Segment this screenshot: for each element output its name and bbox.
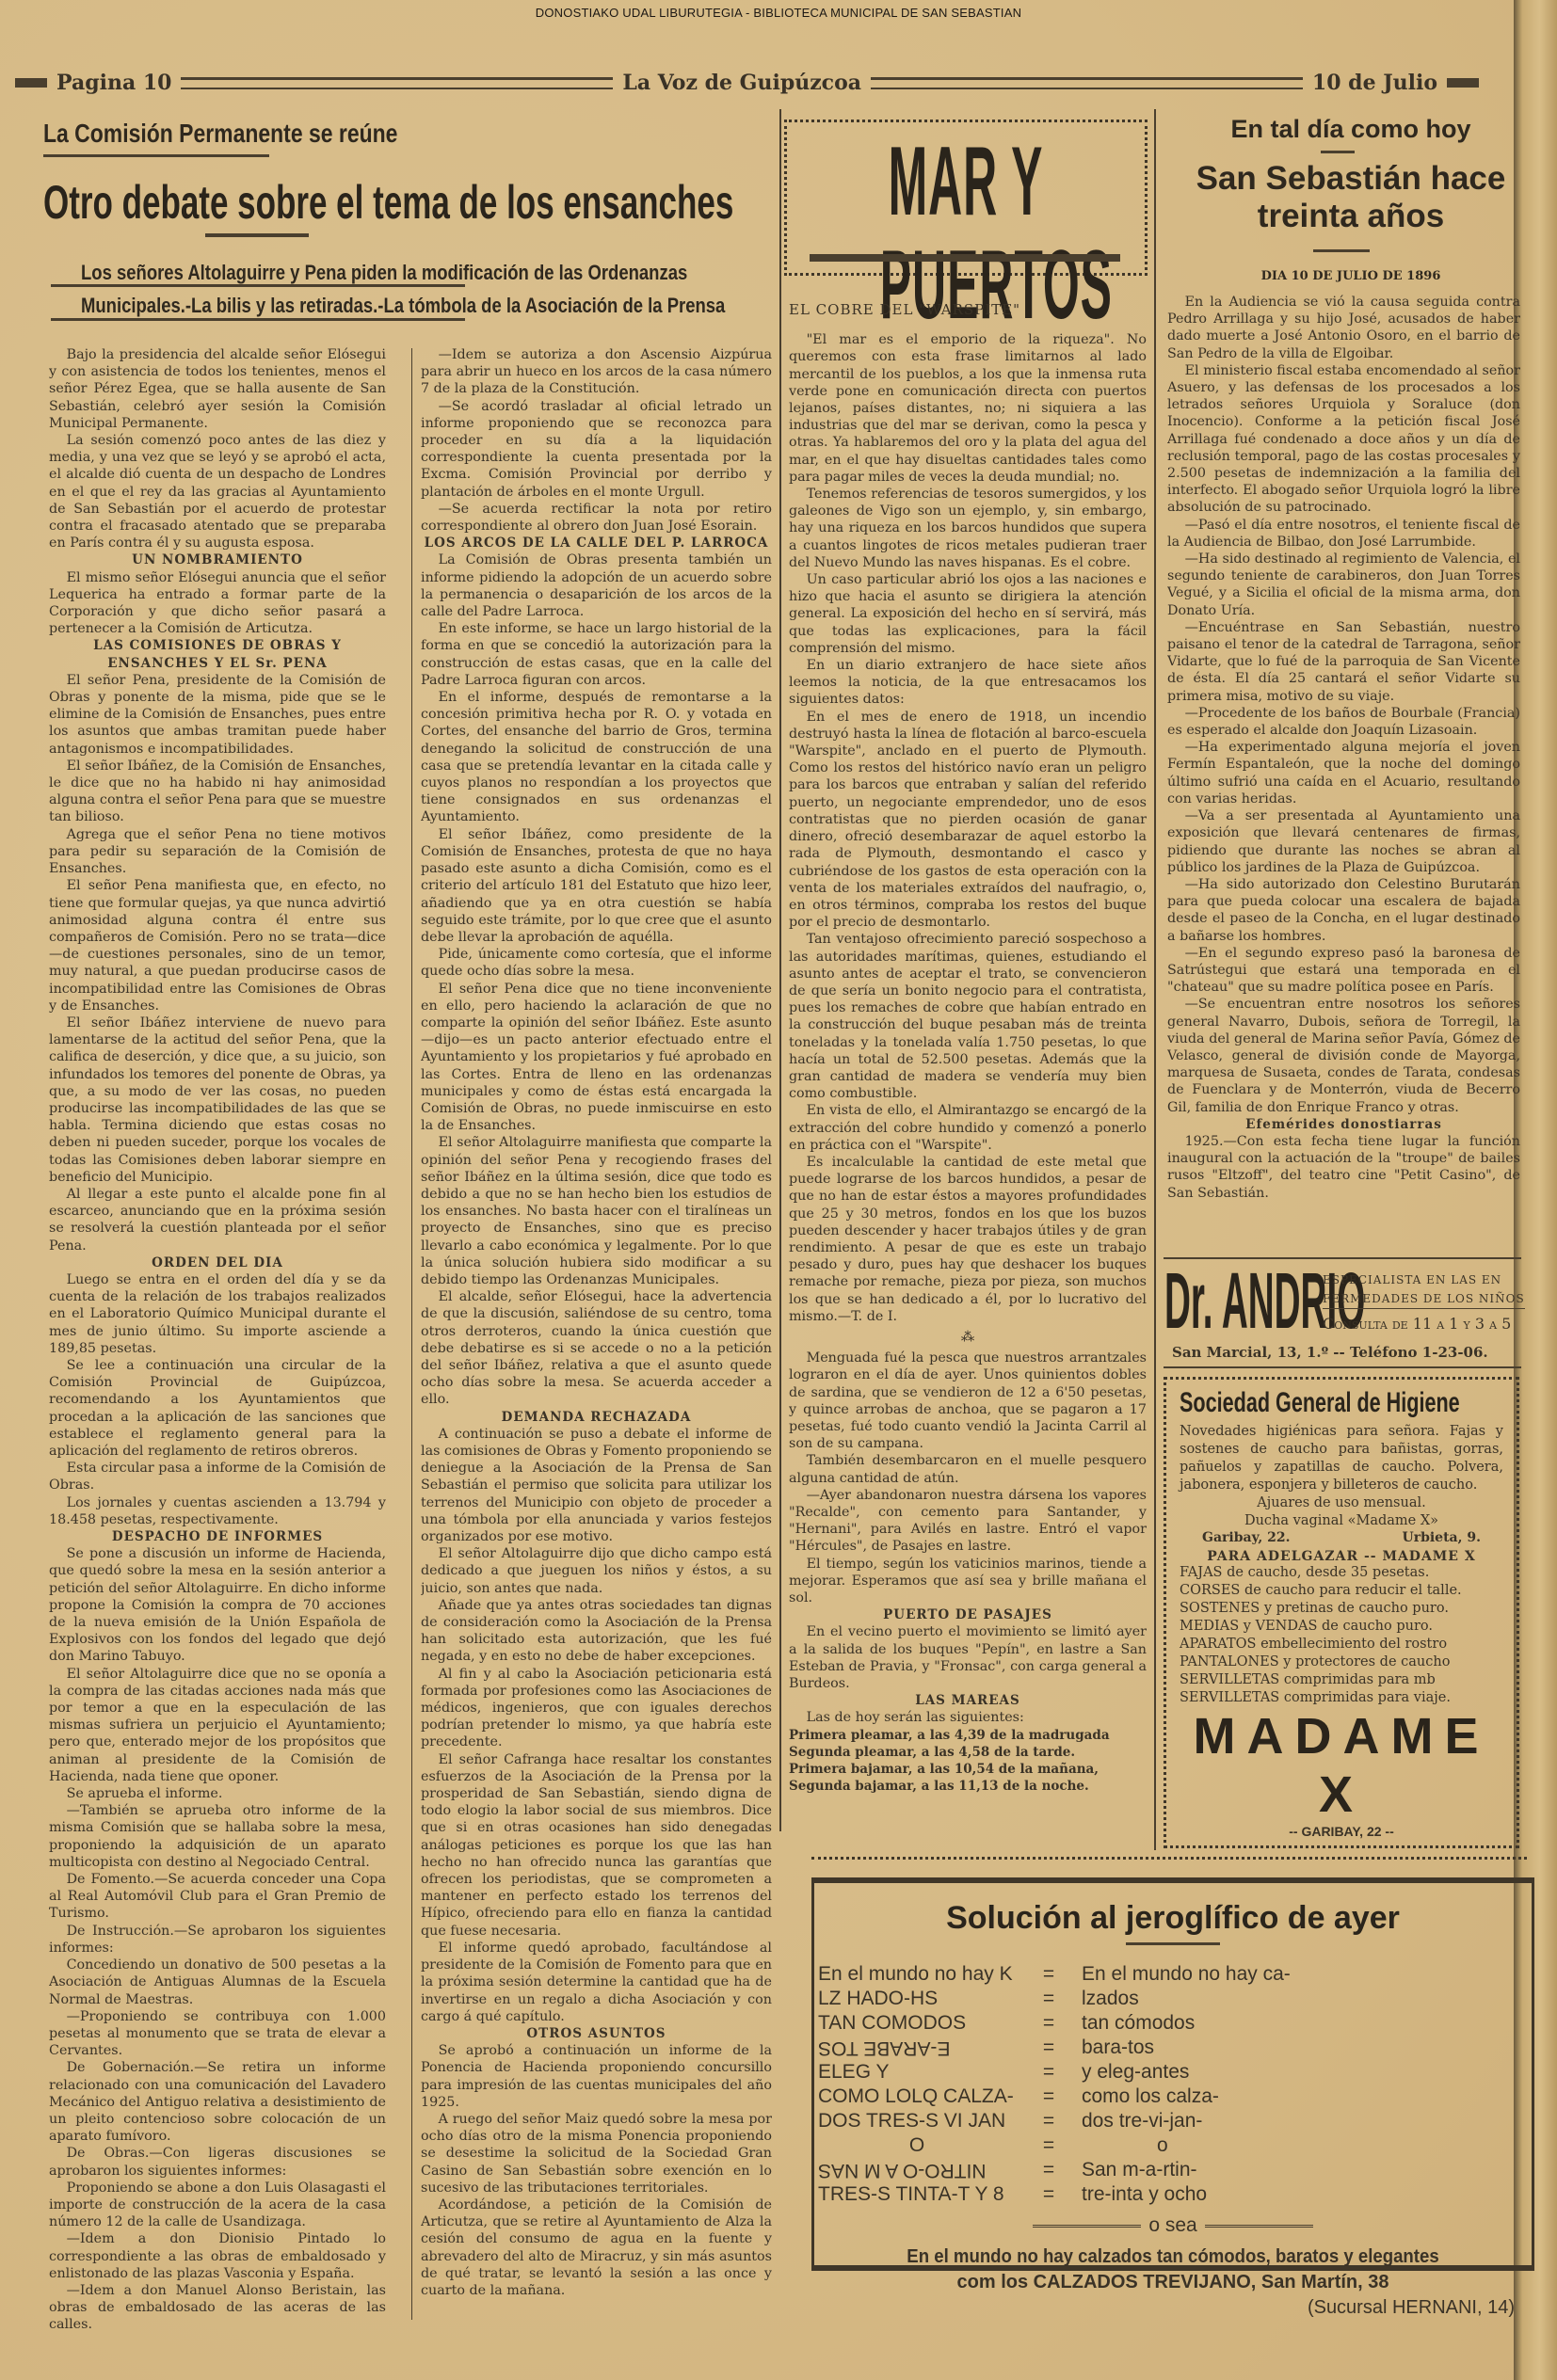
rebus-solution: y eleg-antes [1082,2060,1532,2084]
higiene-ad-item: SERVILLETAS comprimidas para viaje. [1180,1689,1503,1707]
rebus-clue-text: LZ HADO-HS [818,1988,938,2009]
headline-rule [1313,249,1370,252]
article-headline: Otro debate sobre el tema de los ensanch… [43,175,733,230]
jeroglifico-title: Solución al jeroglífico de ayer [814,1900,1532,1937]
en-tal-dia-headline: San Sebastián hace treinta años [1158,160,1544,235]
rebus-clue-text: COMO LOLQ CALZA- [818,2085,1014,2107]
paragraph: La Comisión de Obras presenta también un… [421,551,772,620]
rebus-clue-text: E-ARABE TOS [818,2036,950,2060]
jeroglifico-row: ELEG Y=y eleg-antes [814,2060,1532,2084]
rebus-solution: En el mundo no hay ca- [1082,1962,1532,1987]
paragraph: Bajo la presidencia del alcalde señor El… [49,346,386,432]
article-kicker: La Comisión Permanente se reúne [43,119,397,149]
paragraph: Al fin y al cabo la Asociación peticiona… [421,1666,772,1751]
paragraph: Un caso particular abrió los ojos a las … [789,571,1147,657]
higiene-ad-item: SOSTENES y pretinas de caucho puro. [1180,1600,1503,1618]
paragraph: El alcalde, señor Elósegui, hace la adve… [421,1288,772,1408]
paragraph: Menguada fué la pesca que nuestros arran… [789,1350,1147,1452]
paragraph: —En el segundo expreso pasó la baronesa … [1167,945,1520,997]
andrio-address: San Marcial, 13, 1.º -- Teléfono 1-23-06… [1172,1344,1530,1361]
rebus-clue-text: NITRO-O A M NAS [818,2158,987,2182]
rebus-solution: San m-a-rtin- [1082,2158,1532,2182]
rebus-clue: En el mundo no hay K [814,1962,1016,1987]
paragraph: A ruego del señor Maiz quedó sobre la me… [421,2111,772,2196]
article-column-2: —Idem se autoriza a don Ascensio Aizpúru… [421,346,772,2332]
paragraph: El ministerio fiscal estaba encomendado … [1167,362,1520,517]
ad-rule [1164,1366,1521,1368]
higiene-ad-line: Ducha vaginal «Madame X» [1180,1512,1503,1530]
paragraph: La sesión comenzó poco antes de las diez… [49,432,386,551]
paragraph: Proponiendo se abone a don Luis Olasagas… [49,2180,386,2231]
equals-sign: = [1016,2011,1082,2036]
subsection-heading: PUERTO DE PASAJES [789,1606,1147,1623]
subsection-heading: Efemérides donostiarras [1167,1116,1520,1133]
paragraph: —Va a ser presentada al Ayuntamiento una… [1167,807,1520,876]
jeroglifico-row: En el mundo no hay K=En el mundo no hay … [814,1962,1532,1987]
paragraph: Luego se entra en el orden del día y se … [49,1271,386,1357]
jeroglifico-row: TRES-S TINTA-T Y 8=tre-inta y ocho [814,2182,1532,2207]
masthead: Pagina 10 La Voz de Guipúzcoa 10 de Juli… [15,70,1479,96]
paragraph: El señor Cafranga hace resaltar los cons… [421,1751,772,1940]
higiene-ad-item: FAJAS de caucho, desde 35 pesetas. [1180,1564,1503,1582]
paragraph: El señor Pena manifiesta que, en efecto,… [49,877,386,1014]
article-subhead-1: Los señores Altolaguirre y Pena piden la… [81,261,687,285]
subsection-heading: ORDEN DEL DIA [49,1254,386,1271]
jeroglifico-row: TAN COMODOS=tan cómodos [814,2011,1532,2036]
subsection-heading: LOS ARCOS DE LA CALLE DEL P. LARROCA [421,535,772,551]
paragraph: El señor Altolaguirre dice que no se opo… [49,1666,386,1785]
article-column-1: Bajo la presidencia del alcalde señor El… [49,346,386,2332]
jeroglifico-box: Solución al jeroglífico de ayer En el mu… [811,1877,1534,2271]
issue-date: 10 de Julio [1312,71,1437,95]
higiene-ad-title: Sociedad General de Higiene [1180,1387,1413,1419]
paragraph: Concediendo un donativo de 500 pesetas a… [49,1957,386,2008]
equals-sign: = [1016,2133,1082,2158]
masthead-ornament [1447,78,1479,88]
subsection-heading: DESPACHO DE INFORMES [49,1528,386,1545]
paragraph: Acordándose, a petición de la Comisión d… [421,2196,772,2299]
madame-x-address: -- GARIBAY, 22 -- [1180,1824,1503,1839]
jeroglifico-row: O=o [814,2133,1532,2158]
higiene-ad-content: Sociedad General de Higiene Novedades hi… [1166,1380,1517,1839]
andrio-ad-specialty: ESPECIALISTA EN LAS EN FERMEDADES DE LOS… [1323,1270,1525,1334]
rebus-clue: O [814,2133,1016,2158]
equals-sign: = [1016,2084,1082,2109]
rebus-clue-text: En el mundo no hay K [818,1963,1013,1985]
equals-sign: = [1016,2109,1082,2133]
paragraph: —Proponiendo se contribuya con 1.000 pes… [49,2008,386,2060]
equals-sign: = [1016,2158,1082,2182]
higiene-ad: Sociedad General de Higiene Novedades hi… [1164,1377,1519,1848]
subhead-underline [51,318,465,321]
paragraph: —Idem a don Manuel Alonso Beristain, las… [49,2282,386,2332]
headline-rule [205,233,309,237]
paragraph: —Se encuentran entre nosotros los señore… [1167,996,1520,1115]
paragraph: —Ha experimentado alguna mejoría el jove… [1167,739,1520,807]
page-number: Pagina 10 [56,71,171,95]
paragraph: —Pasó el día entre nosotros, el teniente… [1167,517,1520,551]
higiene-ad-line: Ajuares de uso mensual. [1180,1494,1503,1512]
rebus-solution: como los calza- [1082,2084,1532,2109]
equals-sign: = [1016,1987,1082,2011]
equals-sign: = [1016,1962,1082,1987]
mar-y-puertos-column: EL COBRE DEL "WARSPITE""El mar es el emp… [789,299,1147,1843]
rebus-solution: tan cómodos [1082,2011,1532,2036]
paragraph: —Ha sido autorizado don Celestino Buruta… [1167,876,1520,945]
madame-x-brand: MADAME X [1180,1707,1503,1824]
paragraph: El tiempo, según los vaticinios marinos,… [789,1556,1147,1607]
banner-rule [810,254,1120,262]
paragraph: El informe quedó aprobado, facultándose … [421,1940,772,2025]
separator-text: o sea [1148,2214,1196,2237]
jeroglifico-row: DOS TRES-S VI JAN=dos tre-vi-jan- [814,2109,1532,2133]
rebus-clue: ELEG Y [814,2060,1016,2084]
paragraph: Al llegar a este punto el alcalde pone f… [49,1186,386,1254]
paragraph: El señor Pena, presidente de la Comisión… [49,672,386,758]
rebus-clue: E-ARABE TOS [814,2036,1016,2060]
jeroglifico-rows: En el mundo no hay K=En el mundo no hay … [814,1962,1532,2207]
rebus-clue: NITRO-O A M NAS [814,2158,1016,2182]
paragraph: A continuación se puso a debate el infor… [421,1426,772,1545]
paragraph: El señor Ibáñez, de la Comisión de Ensan… [49,758,386,826]
wavy-divider [811,1851,1527,1860]
paragraph: El señor Ibáñez interviene de nuevo para… [49,1014,386,1186]
paragraph: Se aprueba el informe. [49,1785,386,1802]
article-subhead-2: Municipales.-La bilis y las retiradas.-L… [81,294,725,318]
paragraph: Los jornales y cuentas ascienden a 13.79… [49,1494,386,1528]
jeroglifico-row: LZ HADO-HS=lzados [814,1987,1532,2011]
subsection-heading: OTROS ASUNTOS [421,2025,772,2042]
jeroglifico-answer-line: com los CALZADOS TREVIJANO, San Martín, … [814,2272,1532,2293]
paragraph: —Ha sido destinado al regimiento de Vale… [1167,551,1520,619]
paragraph: El señor Altolaguirre manifiesta que com… [421,1134,772,1288]
rebus-clue-text: DOS TRES-S VI JAN [818,2110,1005,2132]
paragraph: En un diario extranjero de hace siete añ… [789,657,1147,709]
rebus-clue: TAN COMODOS [814,2011,1016,2036]
separator-rule [1033,2225,1141,2228]
subsection-heading: LAS MAREAS [789,1692,1147,1709]
paragraph: Tenemos referencias de tesoros sumergido… [789,486,1147,571]
paragraph: —Encuéntrase en San Sebastián, nuestro p… [1167,619,1520,705]
higiene-ad-item: PANTALONES y protectores de caucho [1180,1653,1503,1671]
paragraph: —Se acordó trasladar al oficial letrado … [421,398,772,501]
paragraph: —Ayer abandonaron nuestra dársena los va… [789,1487,1147,1556]
paragraph: En el informe, después de remontarse a l… [421,689,772,826]
higiene-ad-addresses: Garibay, 22. Urbieta, 9. [1180,1530,1503,1545]
kicker-underline [43,154,269,157]
jeroglifico-row: E-ARABE TOS=bara-tos [814,2036,1532,2060]
paragraph: Se pone a discusión un informe de Hacien… [49,1545,386,1665]
asterism-separator: ⁂ [789,1329,1147,1346]
rebus-solution: bara-tos [1082,2036,1532,2060]
higiene-ad-item: CORSES de caucho para reducir el talle. [1180,1582,1503,1600]
paragraph: Se lee a continuación una circular de la… [49,1357,386,1460]
paragraph: En el vecino puerto el movimiento se lim… [789,1623,1147,1692]
jeroglifico-answer-line: (Sucursal HERNANI, 14) [814,2297,1532,2319]
jeroglifico-row: COMO LOLQ CALZA-=como los calza- [814,2084,1532,2109]
rebus-solution: tre-inta y ocho [1082,2182,1532,2207]
rebus-clue-text: ELEG Y [818,2061,890,2083]
equals-sign: = [1016,2036,1082,2060]
address-right: Urbieta, 9. [1402,1530,1481,1545]
paragraph: En la Audiencia se vió la causa seguida … [1167,294,1520,362]
column-divider [411,348,412,2320]
paragraph: El señor Pena dice que no tiene inconven… [421,981,772,1135]
jeroglifico-answer-line: En el mundo no hay calzados tan cómodos,… [840,2246,1507,2268]
higiene-ad-items: FAJAS de caucho, desde 35 pesetas.CORSES… [1180,1564,1503,1707]
paragraph: —También se aprueba otro informe de la m… [49,1802,386,1871]
equals-sign: = [1016,2060,1082,2084]
en-tal-dia-kicker: En tal día como hoy [1163,115,1539,144]
subhead-underline [51,284,465,287]
en-tal-dia-column: En la Audiencia se vió la causa seguida … [1167,294,1520,1254]
paragraph: "El mar es el emporio de la riqueza". No… [789,331,1147,486]
paragraph: Se aprobó a continuación un informe de l… [421,2042,772,2111]
andrio-hours: Consulta de 11 a 1 y 3 a 5 [1323,1315,1525,1334]
jeroglifico-separator: o sea [814,2214,1532,2237]
rebus-clue: COMO LOLQ CALZA- [814,2084,1016,2109]
paragraph: El señor Altolaguirre dijo que dicho cam… [421,1545,772,1597]
higiene-ad-item: APARATOS embellecimiento del rostro [1180,1636,1503,1653]
rebus-solution: lzados [1082,1987,1532,2011]
andrio-specialty-line: ESPECIALISTA EN LAS EN [1323,1270,1525,1289]
section-divider [1154,109,1156,1850]
paragraph: En este informe, se hace un largo histor… [421,620,772,689]
paragraph: Pide, únicamente como cortesía, que el i… [421,946,772,980]
masthead-ornament [15,78,47,88]
higiene-ad-item: MEDIAS y VENDAS de caucho puro. [1180,1618,1503,1636]
rebus-clue: TRES-S TINTA-T Y 8 [814,2182,1016,2207]
paragraph: Las de hoy serán las siguientes: [789,1709,1147,1726]
tide-line: Segunda pleamar, a las 4,58 de la tarde. [789,1744,1147,1761]
paragraph: —Procedente de los baños de Bourbale (Fr… [1167,705,1520,739]
newspaper-name: La Voz de Guipúzcoa [622,71,861,95]
higiene-ad-item: SERVILLETAS comprimidas para mb [1180,1671,1503,1689]
en-tal-dia-dateline: DIA 10 DE JULIO DE 1896 [1163,269,1539,283]
equals-sign: = [1016,2182,1082,2207]
paragraph: También desembarcaron en el muelle pesqu… [789,1452,1147,1486]
higiene-ad-body: Novedades higiénicas para señora. Fajas … [1180,1423,1503,1494]
paragraph: —Idem se autoriza a don Ascensio Aizpúru… [421,346,772,398]
paragraph: Esta circular pasa a informe de la Comis… [49,1460,386,1493]
address-left: Garibay, 22. [1202,1530,1290,1545]
tide-line: Primera pleamar, a las 4,39 de la madrug… [789,1727,1147,1744]
rebus-solution: o [1082,2133,1532,2158]
andrio-specialty-line: FERMEDADES DE LOS NIÑOS [1323,1289,1525,1309]
rebus-solution: dos tre-vi-jan- [1082,2109,1532,2133]
rebus-clue-text: TAN COMODOS [818,2012,966,2034]
tide-line: Segunda bajamar, a las 11,13 de la noche… [789,1778,1147,1795]
kicker-rule [1321,151,1355,153]
rebus-clue: LZ HADO-HS [814,1987,1016,2011]
paragraph: Tan ventajoso ofrecimiento pareció sospe… [789,931,1147,1102]
paragraph: Añade que ya antes otras sociedades tan … [421,1597,772,1666]
paragraph: En el mes de enero de 1918, un incendio … [789,709,1147,932]
paragraph: Agrega que el señor Pena no tiene motivo… [49,826,386,878]
paragraph: 1925.—Con esta fecha tiene lugar la func… [1167,1133,1520,1202]
rebus-clue: DOS TRES-S VI JAN [814,2109,1016,2133]
paragraph: De Obras.—Con ligeras discusiones se apr… [49,2145,386,2179]
andrio-ad-name: Dr. ANDRIO [1164,1263,1221,1338]
mar-y-puertos-banner: MAR Y PUERTOS [784,120,1148,276]
subsection-heading: LAS COMISIONES DE OBRAS Y ENSANCHES Y EL… [49,637,386,671]
paragraph: En vista de ello, el Almirantazgo se enc… [789,1102,1147,1154]
jeroglifico-row: NITRO-O A M NAS=San m-a-rtin- [814,2158,1532,2182]
section-divider [779,109,781,1831]
paragraph: Es incalculable la cantidad de este meta… [789,1154,1147,1325]
paragraph: El mismo señor Elósegui anuncia que el s… [49,569,386,638]
paragraph: —Se acuerda rectificar la nota por retir… [421,501,772,535]
paragraph: De Fomento.—Se acuerda conceder una Copa… [49,1871,386,1923]
tide-line: Primera bajamar, a las 10,54 de la mañan… [789,1761,1147,1778]
subsection-heading: UN NOMBRAMIENTO [49,551,386,568]
rebus-clue-text: O [909,2134,924,2156]
separator-rule [1205,2225,1313,2228]
masthead-rule [181,77,613,89]
article-heading: EL COBRE DEL "WARSPITE" [789,301,1147,318]
rebus-clue-text: TRES-S TINTA-T Y 8 [818,2183,1004,2205]
paragraph: De Instrucción.—Se aprobaron los siguien… [49,1923,386,1957]
paragraph: El señor Ibáñez, como presidente de la C… [421,826,772,946]
higiene-ad-promo: PARA ADELGAZAR -- MADAME X [1180,1549,1503,1564]
paragraph: De Gobernación.—Se retira un informe rel… [49,2059,386,2145]
paragraph: —Idem a don Dionisio Pintado lo correspo… [49,2230,386,2282]
title-rule [1126,1942,1220,1945]
masthead-rule [871,77,1303,89]
archive-header: DONOSTIAKO UDAL LIBURUTEGIA - BIBLIOTECA… [0,6,1557,20]
subsection-heading: DEMANDA RECHAZADA [421,1409,772,1426]
